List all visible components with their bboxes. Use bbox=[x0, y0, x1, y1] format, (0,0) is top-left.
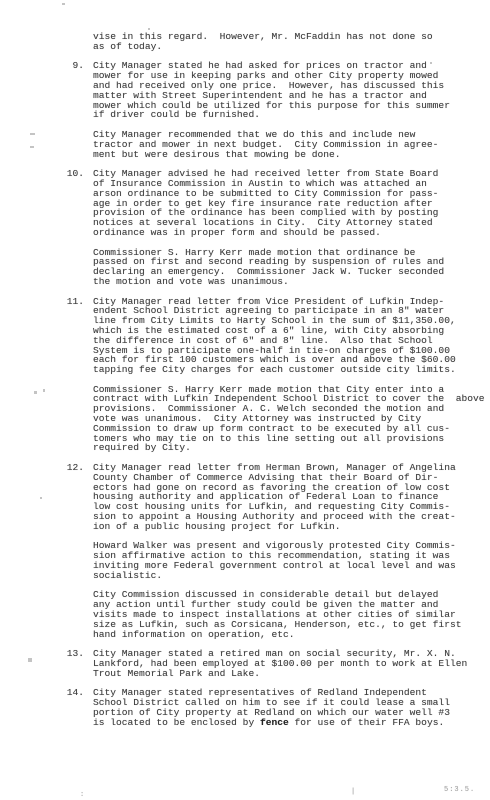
scan-artifact bbox=[40, 497, 42, 499]
minutes-paragraph: Howard Walker was present and vigorously… bbox=[93, 541, 461, 580]
footer-smudge-right: 5:3.5. bbox=[444, 786, 475, 796]
scan-artifact bbox=[148, 28, 150, 30]
scan-artifact bbox=[43, 389, 45, 392]
minutes-item-9: 9. City Manager stated he had asked for … bbox=[58, 61, 478, 169]
minutes-paragraph: Commissioner S. Harry Kerr made motion t… bbox=[93, 248, 444, 287]
item-number: 10. bbox=[58, 169, 84, 179]
item-number: 9. bbox=[58, 61, 84, 71]
minutes-paragraph: City Manager read letter from Vice Presi… bbox=[93, 297, 485, 375]
minutes-paragraph: City Manager stated representatives of R… bbox=[93, 688, 450, 727]
minutes-paragraph: City Manager advised he had received let… bbox=[93, 169, 444, 238]
scan-artifact bbox=[430, 62, 432, 64]
paragraph-text: for use of their FFA boys. bbox=[289, 717, 444, 728]
item-number: 12. bbox=[58, 463, 84, 473]
scan-artifact bbox=[34, 391, 37, 394]
scan-artifact bbox=[30, 146, 34, 148]
scan-artifact bbox=[62, 3, 65, 5]
emphasized-word: fence bbox=[260, 717, 289, 728]
minutes-item-14: 14. City Manager stated representatives … bbox=[58, 688, 478, 737]
minutes-item-11: 11. City Manager read letter from Vice P… bbox=[58, 297, 478, 464]
item-number: 13. bbox=[58, 649, 84, 659]
scanned-minutes-page: vise in this regard. However, Mr. McFadd… bbox=[0, 0, 490, 800]
minutes-paragraph: City Commission discussed in considerabl… bbox=[93, 590, 461, 639]
minutes-paragraph: City Manager stated he had asked for pri… bbox=[93, 61, 450, 120]
footer-smudge-center: | bbox=[351, 788, 356, 798]
minutes-paragraph: Commissioner S. Harry Kerr made motion t… bbox=[93, 385, 485, 454]
minutes-paragraph: City Manager recommended that we do this… bbox=[93, 130, 450, 159]
minutes-item-10: 10. City Manager advised he had received… bbox=[58, 169, 478, 296]
document-body: vise in this regard. However, Mr. McFadd… bbox=[58, 32, 478, 737]
intro-paragraph: vise in this regard. However, Mr. McFadd… bbox=[93, 32, 478, 52]
minutes-item-12: 12. City Manager read letter from Herman… bbox=[58, 463, 478, 649]
minutes-paragraph: City Manager read letter from Herman Bro… bbox=[93, 463, 461, 532]
item-number: 11. bbox=[58, 297, 84, 307]
minutes-item-13: 13. City Manager stated a retired man on… bbox=[58, 649, 478, 688]
item-number: 14. bbox=[58, 688, 84, 698]
scan-artifact bbox=[28, 658, 32, 662]
footer-smudge-left: : bbox=[80, 791, 85, 800]
minutes-paragraph: City Manager stated a retired man on soc… bbox=[93, 649, 467, 678]
scan-artifact bbox=[30, 133, 35, 135]
